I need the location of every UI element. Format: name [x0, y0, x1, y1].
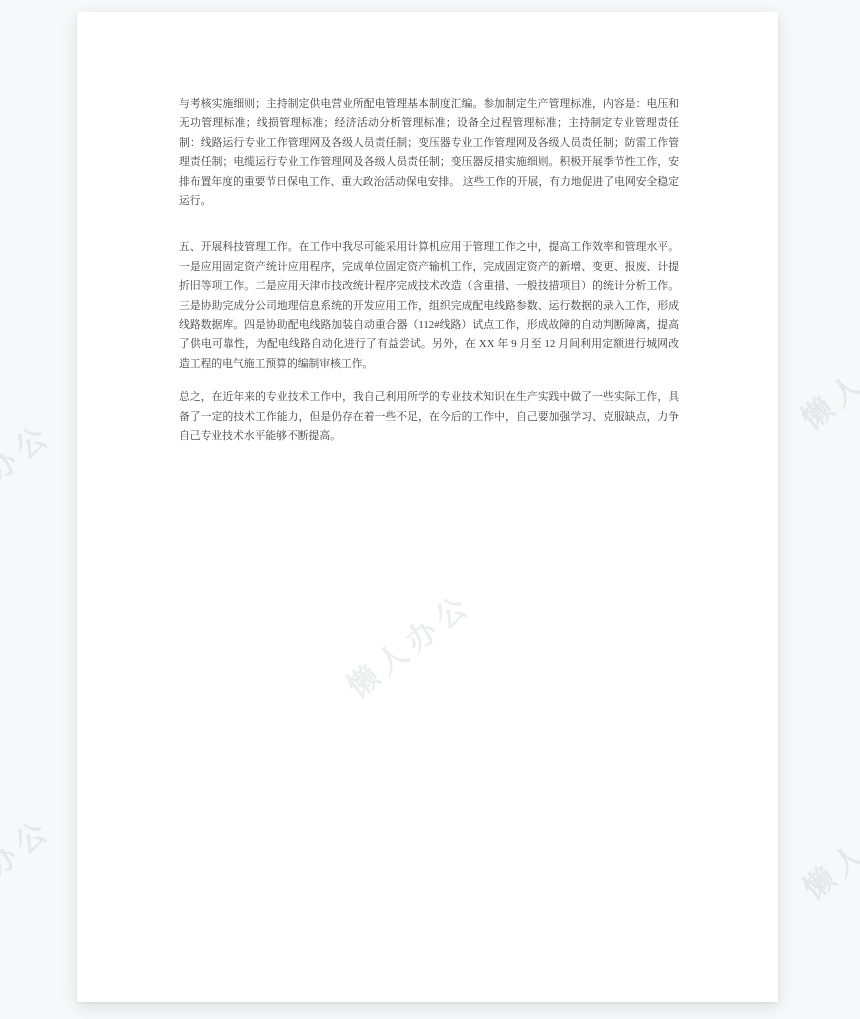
- watermark-text: 懒人办公: [0, 410, 60, 536]
- paragraph: 总之，在近年来的专业技术工作中，我自己利用所学的专业技术知识在生产实践中做了一些…: [179, 388, 679, 446]
- watermark-text: 懒人办公: [0, 805, 60, 931]
- watermark-text: 懒人办公: [790, 312, 860, 438]
- page-content: 与考核实施细则；主持制定供电营业所配电管理基本制度汇编。参加制定生产管理标准，内…: [77, 12, 778, 447]
- document-viewer-background: 与考核实施细则；主持制定供电营业所配电管理基本制度汇编。参加制定生产管理标准，内…: [0, 0, 860, 1019]
- paragraph: 五、开展科技管理工作。在工作中我尽可能采用计算机应用于管理工作之中，提高工作效率…: [179, 238, 679, 374]
- paragraph: 与考核实施细则；主持制定供电营业所配电管理基本制度汇编。参加制定生产管理标准，内…: [179, 95, 679, 211]
- document-page: 与考核实施细则；主持制定供电营业所配电管理基本制度汇编。参加制定生产管理标准，内…: [77, 12, 778, 1002]
- watermark-text: 懒人办公: [792, 782, 860, 908]
